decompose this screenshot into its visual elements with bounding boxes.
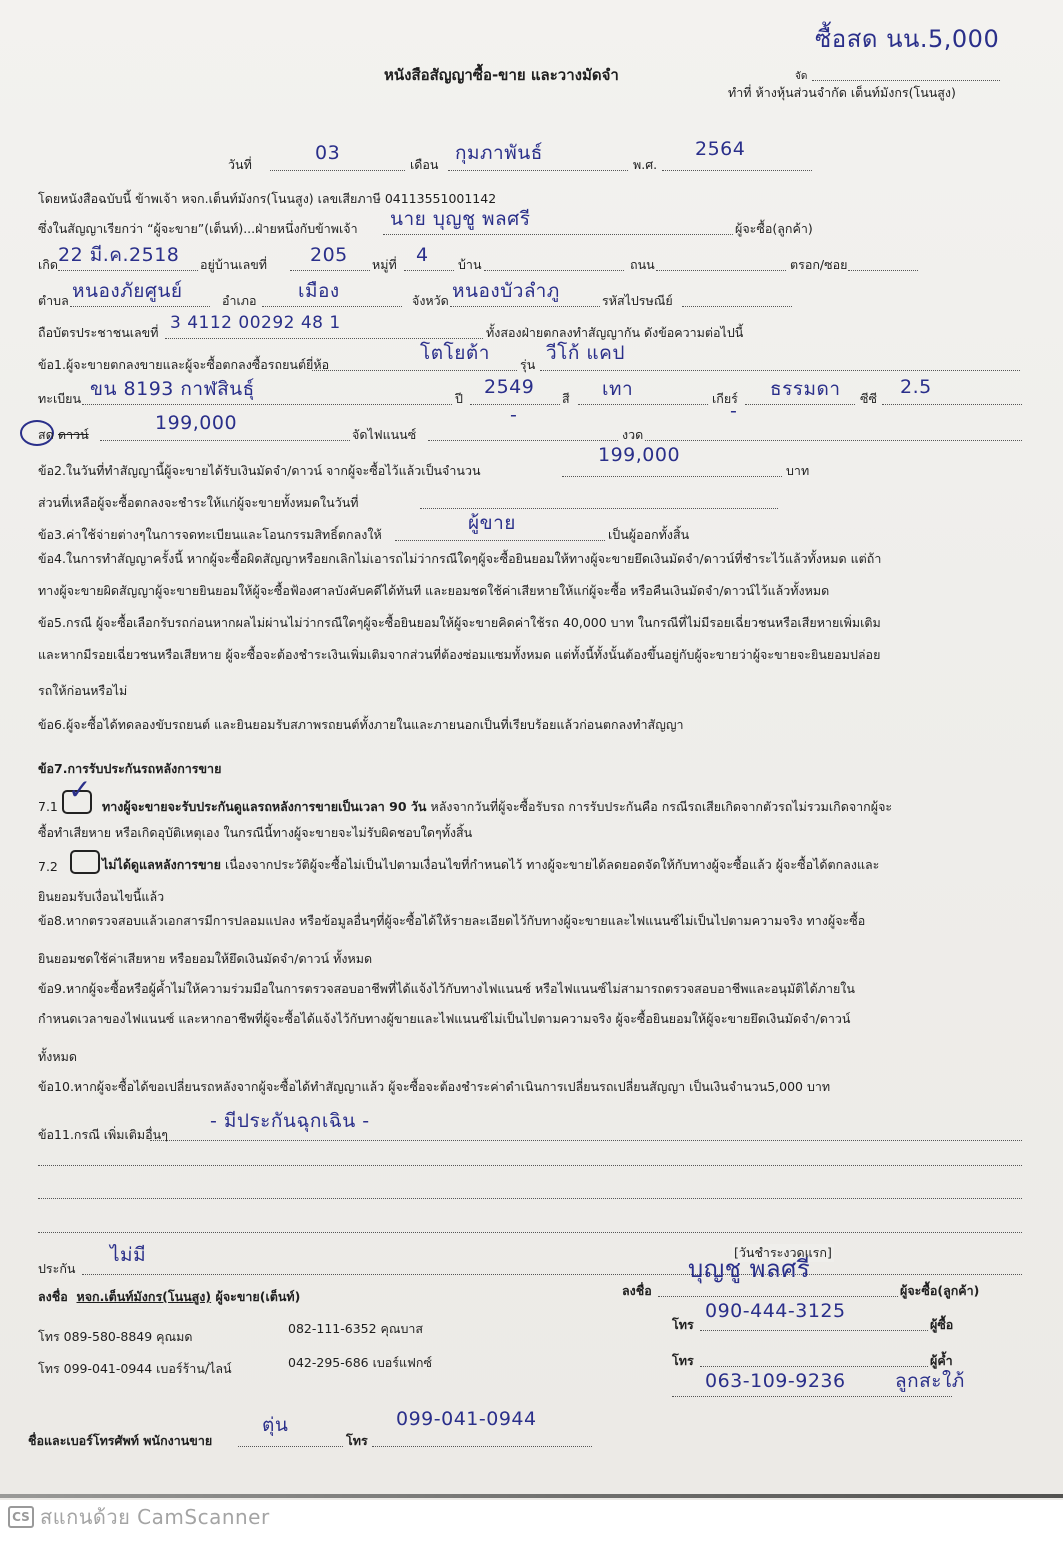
born-value: 22 มี.ค.2518: [58, 244, 179, 266]
clause2-amount: 199,000: [598, 444, 680, 466]
guarantor-tel-dots: [700, 1366, 928, 1367]
finance-dots: [428, 440, 618, 441]
guarantor-note: ลูกสะใภ้: [895, 1370, 965, 1392]
district-dots: [262, 306, 402, 307]
camscanner-watermark: CS สแกนด้วย CamScanner: [8, 1502, 270, 1532]
place-text: ทำที่ ห้างหุ้นส่วนจำกัด เต็นท์มังกร(โนนส…: [728, 84, 956, 102]
clause7-1-line2: ซื้อทำเสียหาย หรือเกิดอุบัติเหตุเอง ในกร…: [38, 824, 472, 842]
day-dots: [270, 170, 405, 171]
house-no-dots: [290, 270, 370, 271]
price-dots: [100, 440, 350, 441]
vehicle-model: วีโก้ แคป: [546, 342, 625, 364]
clause3-suffix: เป็นผู้ออกทั้งสิ้น: [608, 526, 689, 544]
guarantor-role: ผู้ค้ำ: [930, 1352, 953, 1370]
id-dots: [165, 338, 483, 339]
seller-prefix: ซึ่งในสัญญาเรียกว่า “ผู้จะขาย”(เต็นท์)..…: [38, 220, 358, 238]
document-title: หนังสือสัญญาซื้อ-ขาย และวางมัดจำ: [384, 66, 619, 84]
salesperson-name: ตุ่น: [262, 1414, 288, 1436]
blank-line-3: [38, 1232, 1022, 1233]
clause9-line2: กำหนดเวลาของไฟแนนซ์ และหากอาชีพที่ผู้จะซ…: [38, 1010, 850, 1028]
vehicle-price: 199,000: [155, 412, 237, 434]
buyer-sign-dots: [658, 1296, 898, 1297]
insurance-value: ไม่มี: [110, 1244, 146, 1266]
seller-sign-label: ลงชื่อ: [38, 1289, 68, 1304]
province-label: จังหวัด: [412, 292, 449, 310]
born-dots: [58, 270, 198, 271]
model-label: รุ่น: [520, 356, 535, 374]
clause1-text: ข้อ1.ผู้จะขายตกลงขายและผู้จะซื้อตกลงซื้อ…: [38, 356, 329, 374]
month-label: เดือน: [410, 156, 438, 174]
cc-label: ซีซี: [860, 390, 877, 408]
seller-phone-4: 042-295-686 เบอร์แฟกซ์: [288, 1354, 432, 1372]
color-dots: [578, 404, 708, 405]
year-dots: [662, 170, 812, 171]
insurance-label: ประกัน: [38, 1260, 75, 1278]
finance-value: -: [510, 404, 517, 426]
seller-phone-1: โทร 089-580-8849 คุณมด: [38, 1328, 192, 1346]
clause4-line2: ทางผู้จะขายผิดสัญญาผู้จะขายยินยอมให้ผู้จ…: [38, 582, 829, 600]
vehicle-year: 2549: [484, 376, 534, 398]
buyer-signature: บุญชู พลศรี: [688, 1258, 810, 1280]
road-dots: [656, 270, 786, 271]
village-label: บ้าน: [458, 256, 482, 274]
day-label: วันที่: [228, 156, 252, 174]
salesperson-tel-label: โทร: [346, 1432, 368, 1450]
c3-dots: [395, 540, 605, 541]
clause3-value: ผู้ขาย: [468, 512, 516, 534]
finance-label: จัดไฟแนนซ์: [352, 426, 416, 444]
clause11-label: ข้อ11.กรณี เพิ่มเติมอื่นๆ: [38, 1126, 168, 1144]
clause6: ข้อ6.ผู้จะซื้อได้ทดลองขับรถยนต์ และยินยอ…: [38, 716, 684, 734]
alley-label: ตรอก/ซอย: [790, 256, 847, 274]
id-label: ถือบัตรประชาชนเลขที่: [38, 324, 158, 342]
house-no-label: อยู่บ้านเลขที่: [200, 256, 267, 274]
vyear-label: ปี: [455, 390, 463, 408]
subdistrict-dots: [70, 306, 210, 307]
cash-label: สด: [38, 426, 54, 444]
house-no-value: 205: [310, 244, 348, 266]
moo-value: 4: [416, 244, 429, 266]
plate-label: ทะเบียน: [38, 390, 81, 408]
postal-label: รหัสไปรษณีย์: [602, 292, 673, 310]
buyer-tel-label: โทร: [672, 1316, 694, 1334]
deal-dots: [812, 80, 1000, 81]
seller-phone-2: 082-111-6352 คุณบาส: [288, 1320, 423, 1338]
buyer-phone: 090-444-3125: [705, 1300, 846, 1322]
seller-role: ผู้จะขาย(เต็นท์): [216, 1289, 301, 1304]
clause7-2-text: ไม่ได้ดูแลหลังการขาย เนื่องจากประวัติผู้…: [102, 856, 879, 874]
model-dots: [540, 370, 1020, 371]
installment-value: -: [730, 400, 737, 422]
installment-dots: [645, 440, 1022, 441]
blank-line-2: [38, 1198, 1022, 1199]
id-suffix: ทั้งสองฝ่ายตกลงทำสัญญากัน ดังข้อความต่อไ…: [486, 324, 743, 342]
day-value: 03: [315, 142, 340, 164]
guarantor-phone: 063-109-9236: [705, 1370, 846, 1392]
seller-sign-block: ลงชื่อ หจก.เต็นท์มังกร(โนนสูง) ผู้จะขาย(…: [38, 1288, 300, 1306]
brand-dots: [312, 370, 517, 371]
clause3-text: ข้อ3.ค่าใช้จ่ายต่างๆในการจดทะเบียนและโอน…: [38, 526, 382, 544]
camscanner-logo-icon: CS: [8, 1506, 34, 1528]
clause8-line2: ยินยอมชดใช้ค่าเสียหาย หรือยอมให้ยึดเงินม…: [38, 950, 372, 968]
vehicle-brand: โตโยต้า: [420, 342, 490, 364]
blank-line-1: [38, 1165, 1022, 1166]
clause5-line1: ข้อ5.กรณี ผู้จะซื้อเลือกรับรถก่อนหากผลไม…: [38, 614, 881, 632]
clause10: ข้อ10.หากผู้จะซื้อได้ขอเปลี่ยนรถหลังจากผ…: [38, 1078, 830, 1096]
clause9-line1: ข้อ9.หากผู้จะซื้อหรือผู้ค้ำไม่ให้ความร่ว…: [38, 980, 855, 998]
road-label: ถนน: [630, 256, 655, 274]
vehicle-cc: 2.5: [900, 376, 932, 398]
subdistrict-label: ตำบล: [38, 292, 69, 310]
c2-dots: [562, 476, 782, 477]
subdistrict-value: หนองภัยศูนย์: [72, 280, 183, 302]
clause7-2-bold: ไม่ได้ดูแลหลังการขาย: [102, 857, 221, 872]
guarantor-phone-dots: [672, 1396, 952, 1397]
moo-dots: [404, 270, 454, 271]
year-value: 2564: [695, 138, 745, 160]
clause11-value: - มีประกันฉุกเฉิน -: [210, 1110, 370, 1132]
paper-edge: [0, 1494, 1063, 1498]
buyer-suffix: ผู้จะซื้อ(ลูกค้า): [735, 220, 813, 238]
province-value: หนองบัวลำภู: [452, 280, 560, 302]
born-label: เกิด: [38, 256, 58, 274]
month-dots: [448, 170, 628, 171]
clause7-2-line2: ยินยอมรับเงื่อนไขนี้แล้ว: [38, 888, 164, 906]
buyer-dots: [383, 234, 733, 235]
salesperson-label: ชื่อและเบอร์โทรศัพท์ พนักงานขาย: [28, 1432, 212, 1450]
clause9-line3: ทั้งหมด: [38, 1048, 77, 1066]
clause7-1-text: ทางผู้จะขายจะรับประกันดูแลรถหลังการขายเป…: [102, 798, 892, 816]
buyer-name: นาย บุญชู พลศรี: [390, 208, 530, 230]
seller-sign-name: หจก.เต็นท์มังกร(โนนสูง): [76, 1289, 211, 1304]
clause2-rest: ส่วนที่เหลือผู้จะซื้อตกลงจะชำระให้แก่ผู้…: [38, 494, 359, 512]
vehicle-gear: ธรรมดา: [770, 378, 841, 400]
province-dots: [450, 306, 600, 307]
no-warranty-checkbox[interactable]: [70, 850, 100, 874]
clause2-text: ข้อ2.ในวันที่ทำสัญญานี้ผู้จะขายได้รับเงิ…: [38, 462, 481, 480]
salesperson-tel-dots: [372, 1446, 592, 1447]
camscanner-text: สแกนด้วย CamScanner: [40, 1501, 270, 1533]
guarantor-tel-label: โทร: [672, 1352, 694, 1370]
buyer-phone-role: ผู้ซื้อ: [930, 1316, 953, 1334]
salesperson-name-dots: [238, 1446, 343, 1447]
down-label-struck: ดาวน์: [58, 426, 89, 444]
insurance-dots: [82, 1274, 1022, 1275]
clause7-2-rest: เนื่องจากประวัติผู้จะซื้อไม่เป็นไปตามเงื…: [221, 857, 879, 872]
gear-dots: [745, 404, 855, 405]
id-number: 3 4112 00292 48 1: [170, 312, 341, 334]
installment-label: งวด: [622, 426, 643, 444]
clause4-line1: ข้อ4.ในการทำสัญญาครั้งนี้ หากผู้จะซื้อผิ…: [38, 550, 881, 568]
vehicle-color: เทา: [602, 378, 633, 400]
buyer-role: ผู้จะซื้อ(ลูกค้า): [900, 1282, 979, 1300]
clause7-1-number: 7.1: [38, 798, 58, 816]
district-label: อำเภอ: [222, 292, 257, 310]
deal-value: ซื้อสด นน.5,000: [815, 28, 999, 50]
c11-dots: [150, 1140, 1022, 1141]
seller-phone-3: โทร 099-041-0944 เบอร์ร้าน/ไลน์: [38, 1360, 232, 1378]
plate-dots: [82, 404, 452, 405]
village-dots: [484, 270, 624, 271]
clause5-line2: และหากมีรอยเฉี่ยวชนหรือเสียหาย ผู้จะซื้อ…: [38, 646, 880, 664]
alley-dots: [848, 270, 918, 271]
postal-dots: [682, 306, 792, 307]
checkmark-icon: ✓: [68, 776, 91, 804]
salesperson-phone: 099-041-0944: [396, 1408, 537, 1430]
intro-text: โดยหนังสือฉบับนี้ ข้าพเจ้า หจก.เต็นท์มัง…: [38, 190, 496, 208]
clause8-line1: ข้อ8.หากตรวจสอบแล้วเอกสารมีการปลอมแปลง ห…: [38, 912, 865, 930]
c2-rest-dots: [420, 508, 778, 509]
cc-dots: [882, 404, 1022, 405]
clause7-1-rest: หลังจากวันที่ผู้จะซื้อรับรถ การรับประกัน…: [426, 799, 892, 814]
vehicle-plate: ขน 8193 กาฬสินธุ์: [90, 378, 255, 400]
district-value: เมือง: [298, 280, 340, 302]
clause5-line3: รถให้ก่อนหรือไม่: [38, 682, 127, 700]
clause7-2-number: 7.2: [38, 858, 58, 876]
month-value: กุมภาพันธ์: [455, 142, 543, 164]
buyer-tel-dots: [700, 1330, 928, 1331]
clause7-title: ข้อ7.การรับประกันรถหลังการขาย: [38, 760, 221, 778]
buyer-sign-label: ลงชื่อ: [622, 1282, 652, 1300]
clause2-unit: บาท: [786, 462, 809, 480]
year-label: พ.ศ.: [633, 156, 657, 174]
moo-label: หมู่ที่: [372, 256, 397, 274]
color-label: สี: [562, 390, 570, 408]
clause7-1-bold: ทางผู้จะขายจะรับประกันดูแลรถหลังการขายเป…: [102, 799, 426, 814]
